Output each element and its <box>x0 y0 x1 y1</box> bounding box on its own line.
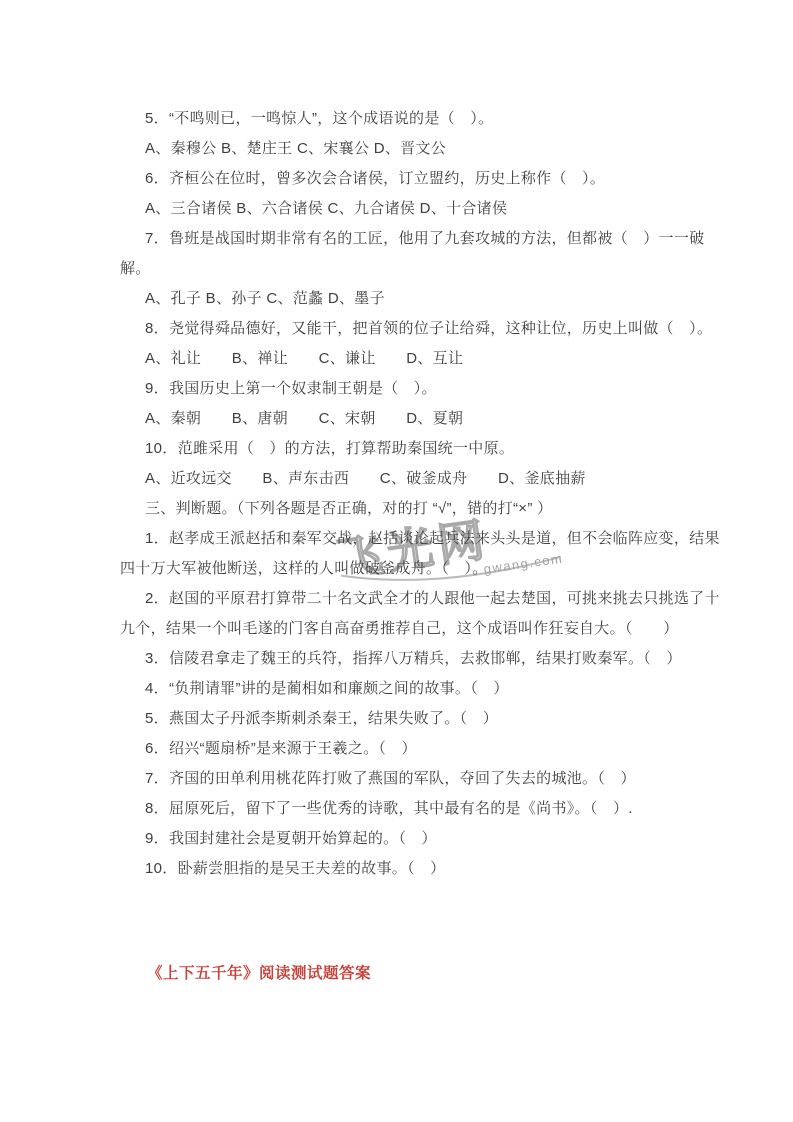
question-lines: 5．“不鸣则已，一鸣惊人”，这个成语说的是（ ）。A、秦穆公 B、楚庄王 C、宋… <box>0 104 793 884</box>
text-line: 9．我国历史上第一个奴隶制王朝是（ ）。 <box>0 374 793 404</box>
text-line: 7．鲁班是战国时期非常有名的工匠，他用了九套攻城的方法，但都被（ ）一一破 <box>0 224 793 254</box>
text-line: 7．齐国的田单利用桃花阵打败了燕国的军队，夺回了失去的城池。（ ） <box>0 764 793 794</box>
text-line: 9．我国封建社会是夏朝开始算起的。（ ） <box>0 824 793 854</box>
text-line: A、礼让 B、禅让 C、谦让 D、互让 <box>0 344 793 374</box>
text-line: 6．绍兴“题扇桥”是来源于王羲之。（ ） <box>0 734 793 764</box>
text-line: 6．齐桓公在位时，曾多次会合诸侯，订立盟约，历史上称作（ ）。 <box>0 164 793 194</box>
text-line: 2．赵国的平原君打算带二十名文武全才的人跟他一起去楚国，可挑来挑去只挑选了十 <box>0 584 793 614</box>
text-line: 10．范雎采用（ ）的方法，打算帮助秦国统一中原。 <box>0 434 793 464</box>
document-page: 飞光网 gwang.com 5．“不鸣则已，一鸣惊人”，这个成语说的是（ ）。A… <box>0 0 793 1122</box>
text-line: 5．燕国太子丹派李斯刺杀秦王，结果失败了。（ ） <box>0 704 793 734</box>
text-line: 10．卧薪尝胆指的是吴王夫差的故事。（ ） <box>0 854 793 884</box>
answers-section-heading: 《上下五千年》阅读测试题答案 <box>0 959 793 989</box>
text-line: 1．赵孝成王派赵括和秦军交战，赵括谈论起兵法来头头是道，但不会临阵应变，结果 <box>0 524 793 554</box>
document-body: 5．“不鸣则已，一鸣惊人”，这个成语说的是（ ）。A、秦穆公 B、楚庄王 C、宋… <box>0 104 793 989</box>
text-line: 四十万大军被他断送，这样的人叫做破釜成舟。（ ）。 <box>0 554 793 584</box>
text-line: A、秦穆公 B、楚庄王 C、宋襄公 D、晋文公 <box>0 134 793 164</box>
text-line: 三、判断题。（下列各题是否正确，对的打 “√”，错的打“×” ） <box>0 494 793 524</box>
text-line: 8．屈原死后，留下了一些优秀的诗歌，其中最有名的是《尚书》。（ ）. <box>0 794 793 824</box>
text-line: 3．信陵君拿走了魏王的兵符，指挥八万精兵，去救邯郸，结果打败秦军。（ ） <box>0 644 793 674</box>
text-line: 4．“负荆请罪”讲的是蔺相如和廉颇之间的故事。（ ） <box>0 674 793 704</box>
text-line: 5．“不鸣则已，一鸣惊人”，这个成语说的是（ ）。 <box>0 104 793 134</box>
text-line: A、孔子 B、孙子 C、范蠡 D、墨子 <box>0 284 793 314</box>
text-line: A、秦朝 B、唐朝 C、宋朝 D、夏朝 <box>0 404 793 434</box>
text-line: A、三合诸侯 B、六合诸侯 C、九合诸侯 D、十合诸侯 <box>0 194 793 224</box>
text-line: 解。 <box>0 254 793 284</box>
text-line: 九个，结果一个叫毛遂的门客自高奋勇推荐自己，这个成语叫作狂妄自大。（ ） <box>0 614 793 644</box>
text-line: 8．尧觉得舜品德好，又能干，把首领的位子让给舜，这种让位，历史上叫做（ ）。 <box>0 314 793 344</box>
text-line: A、近攻远交 B、声东击西 C、破釜成舟 D、釜底抽薪 <box>0 464 793 494</box>
